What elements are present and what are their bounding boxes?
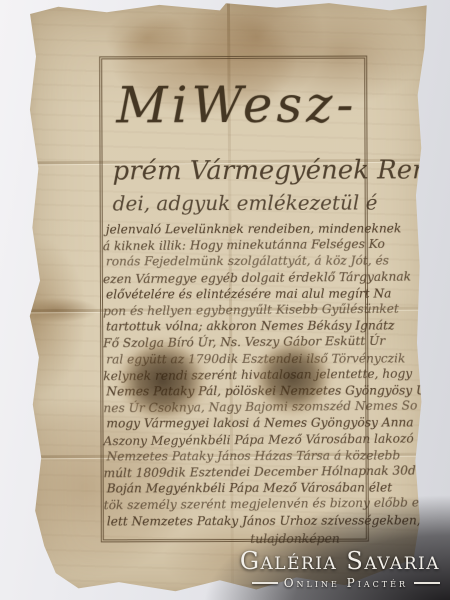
document-photo: Mi Wesz- prém Vármegyének Ren dei, adgyu… [0, 0, 450, 600]
watermark-subtitle-row: Online Piactér [240, 576, 440, 590]
watermark-rule-left-icon [252, 582, 278, 584]
manuscript-line: elővételére és elintézésére mai alul meg… [106, 285, 393, 302]
manuscript-line: á kiknek illik: Hogy minekutánna Felsége… [103, 236, 393, 255]
manuscript-line: ezen Vármegye egyéb dolgait érdeklő Tárg… [103, 268, 393, 287]
manuscript-line: tök személy szerént megjelenvén és bizon… [104, 495, 394, 514]
manuscript-line: ronás Fejedelmünk szolgálattyát, á köz J… [106, 253, 393, 270]
manuscript-line: lett Nemzetes Pataky János Urhoz szívess… [107, 512, 394, 529]
heading-line-3: dei, adgyuk emlékezetül é [113, 191, 355, 216]
watermark-subtitle: Online Piactér [284, 576, 408, 590]
ink-blot-right [250, 337, 335, 418]
watermark: Galéria Savaria Online Piactér [240, 547, 440, 590]
manuscript-line: Aszony Megyénkbéli Pápa Mező Városában l… [103, 430, 393, 449]
calligraphic-word: Wesz- [191, 76, 357, 135]
watermark-rule-right-icon [414, 582, 440, 584]
manuscript-line: pon és hellyen egybengyűlt Kisebb Gyűlés… [103, 301, 393, 320]
calligraphic-initial: Mi [116, 76, 191, 134]
manuscript-line: Nemzetes Pataky János Házas Társa á köze… [107, 447, 394, 464]
manuscript-line: múlt 1809dik Esztendei December Hólnapna… [104, 463, 394, 482]
closing-word: tulajdonképen [114, 530, 356, 546]
heading-line-2: prém Vármegyének Ren [112, 151, 354, 192]
paper: Mi Wesz- prém Vármegyének Ren dei, adgyu… [26, 1, 434, 594]
calligraphic-heading: Mi Wesz- [112, 59, 354, 152]
border-frame: Mi Wesz- prém Vármegyének Ren dei, adgyu… [99, 56, 369, 543]
watermark-title: Galéria Savaria [240, 547, 440, 575]
